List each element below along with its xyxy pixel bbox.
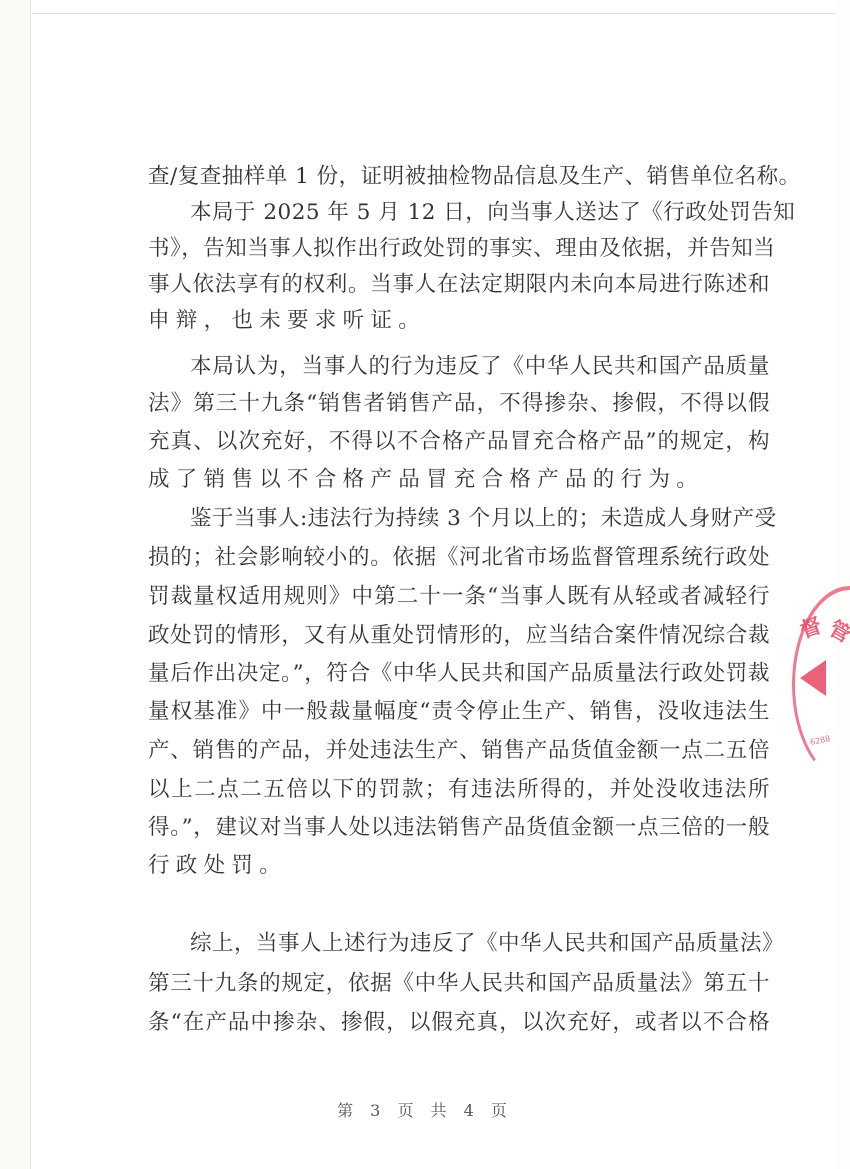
- document-text-line: 申辩，也未要求听证。: [148, 306, 770, 336]
- document-text-line: 查/复查抽样单 1 份，证明被抽检物品信息及生产、销售单位名称。: [148, 162, 770, 192]
- official-seal-stamp: 督 管 6288: [796, 598, 850, 768]
- document-text-line: 得。”，建议对当事人处以违法销售产品货值金额一点三倍的一般: [148, 813, 770, 843]
- document-text-line: 本局认为，当事人的行为违反了《中华人民共和国产品质量: [190, 352, 770, 382]
- document-text-line: 罚裁量权适用规则》中第二十一条“当事人既有从轻或者减轻行: [148, 582, 770, 612]
- document-text-line: 法》第三十九条“销售者销售产品，不得掺杂、掺假，不得以假: [148, 389, 770, 419]
- document-text-line: 条“在产品中掺杂、掺假，以假充真，以次充好，或者以不合格: [148, 1008, 770, 1038]
- document-text-line: 事人依法享有的权利。当事人在法定期限内未向本局进行陈述和: [148, 270, 770, 300]
- document-text-line: 量权基准》中一般裁量幅度“责令停止生产、销售，没收违法生: [148, 697, 770, 727]
- document-text-line: 产、销售的产品，并处违法生产、销售产品货值金额一点二五倍: [148, 736, 770, 766]
- document-page: 查/复查抽样单 1 份，证明被抽检物品信息及生产、销售单位名称。本局于 2025…: [0, 0, 850, 1169]
- page-number-footer: 第 3 页 共 4 页: [0, 1098, 850, 1121]
- document-text-line: 行政处罚。: [148, 851, 770, 881]
- document-text-line: 以上二点二五倍以下的罚款；有违法所得的，并处没收违法所: [148, 775, 770, 805]
- document-text-line: 损的；社会影响较小的。依据《河北省市场监督管理系统行政处: [148, 543, 770, 573]
- document-text-line: 本局于 2025 年 5 月 12 日，向当事人送达了《行政处罚告知: [190, 198, 770, 228]
- document-text-line: 综上，当事人上述行为违反了《中华人民共和国产品质量法》: [190, 929, 770, 959]
- document-text-line: 书》，告知当事人拟作出行政处罚的事实、理由及依据，并告知当: [148, 234, 770, 264]
- document-text-line: 充真、以次充好，不得以不合格产品冒充合格产品”的规定，构: [148, 427, 770, 457]
- seal-star-icon: [800, 660, 826, 696]
- document-text-line: 政处罚的情形，又有从重处罚情形的，应当结合案件情况综合裁: [148, 621, 770, 651]
- document-text-line: 成了销售以不合格产品冒充合格产品的行为。: [148, 465, 770, 495]
- document-text-line: 鉴于当事人:违法行为持续 3 个月以上的；未造成人身财产受: [190, 504, 770, 534]
- document-text-line: 第三十九条的规定，依据《中华人民共和国产品质量法》第五十: [148, 969, 770, 999]
- document-text-line: 量后作出决定。”，符合《中华人民共和国产品质量法行政处罚裁: [148, 659, 770, 689]
